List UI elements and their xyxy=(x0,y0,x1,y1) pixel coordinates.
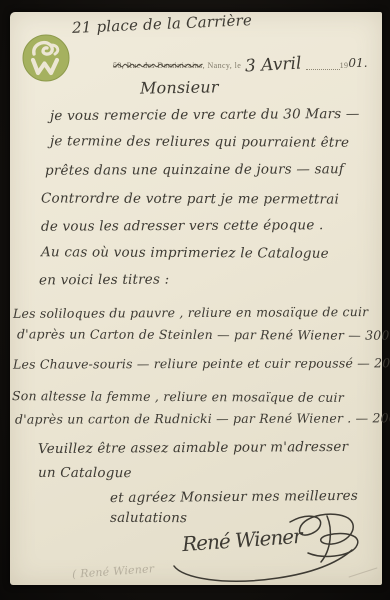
closing-line: un Catalogue xyxy=(38,465,132,481)
handwritten-address: 21 place de la Carrière xyxy=(72,11,253,37)
handwritten-date: 3 Avril xyxy=(241,53,306,76)
handwritten-year: 01. xyxy=(348,56,367,70)
pencil-annotation: ( René Wiener xyxy=(72,562,155,581)
body-line: en voici les titres : xyxy=(39,272,169,289)
catalogue-line: Son altesse la femme , reliure en mosaïq… xyxy=(12,388,344,405)
closing-line: Veuillez être assez aimable pour m'adres… xyxy=(38,439,348,457)
letterhead-line: 50, Rue des Dominicains, Nancy, le3 Avri… xyxy=(113,50,368,70)
catalogue-line: Les soliloques du pauvre , reliure en mo… xyxy=(13,304,368,321)
body-line: je vous remercie de vre carte du 30 Mars… xyxy=(50,106,360,124)
letter-paper: 21 place de la Carrière 50, Rue des Domi… xyxy=(10,12,382,585)
body-line: Au cas où vous imprimeriez le Catalogue xyxy=(41,244,329,262)
crossed-out-street: 50, Rue des Dominicains xyxy=(113,61,203,70)
rw-monogram-icon xyxy=(22,34,70,82)
printed-city-label: , Nancy, le xyxy=(203,61,242,70)
body-line: de vous les adresser vers cette époque . xyxy=(41,217,324,234)
catalogue-line: d'après un Carton de Steinlen — par René… xyxy=(17,326,390,342)
date-dotted-rule xyxy=(306,59,340,70)
body-line: Contrordre de votre part je me permettra… xyxy=(41,190,339,207)
signature-flourish xyxy=(162,504,372,594)
body-line: prêtes dans une quinzaine de jours — sau… xyxy=(45,161,344,179)
salutation: Monsieur xyxy=(140,77,219,97)
catalogue-line: d'après un carton de Rudnicki — par René… xyxy=(15,410,390,426)
body-line: je termine des reliures qui pourraient ê… xyxy=(50,133,349,151)
catalogue-line: Les Chauve-souris — reliure peinte et cu… xyxy=(13,355,390,371)
printed-year-prefix: 19 xyxy=(340,61,349,70)
